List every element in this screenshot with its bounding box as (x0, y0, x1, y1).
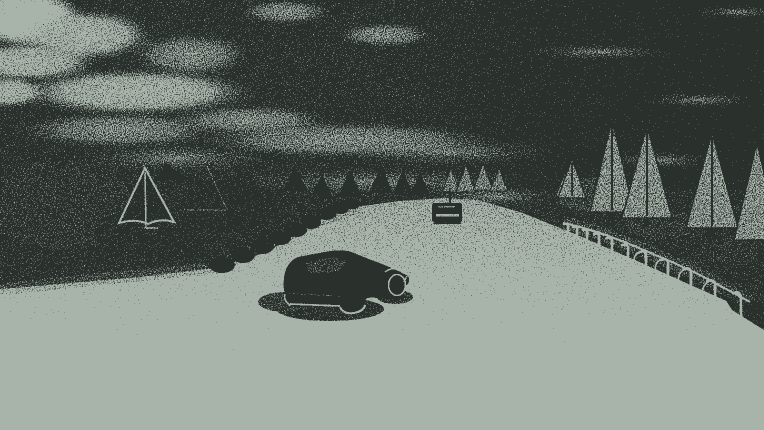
slope-texture (700, 238, 760, 262)
mist-band (80, 144, 270, 172)
cloud (337, 23, 433, 47)
car-rear-wheel (340, 292, 364, 312)
cloud-streak (638, 92, 762, 108)
distant-car-roof-highlight (438, 206, 456, 208)
pine-trunk (644, 218, 649, 227)
cloud (130, 33, 250, 77)
cloud (240, 0, 330, 24)
pine-trunk (709, 228, 715, 237)
pine-trunk (609, 212, 614, 220)
game-viewport[interactable]: 1-bit dithered monochrome driving game s… (0, 0, 764, 430)
distant-car-body (432, 203, 462, 222)
dithered-scene (0, 0, 764, 430)
car-front-wheel (389, 275, 406, 296)
distant-car-shadow (434, 222, 461, 224)
distant-car-bumper (436, 214, 459, 217)
cloud (340, 138, 560, 166)
cloud-streak (525, 44, 675, 60)
